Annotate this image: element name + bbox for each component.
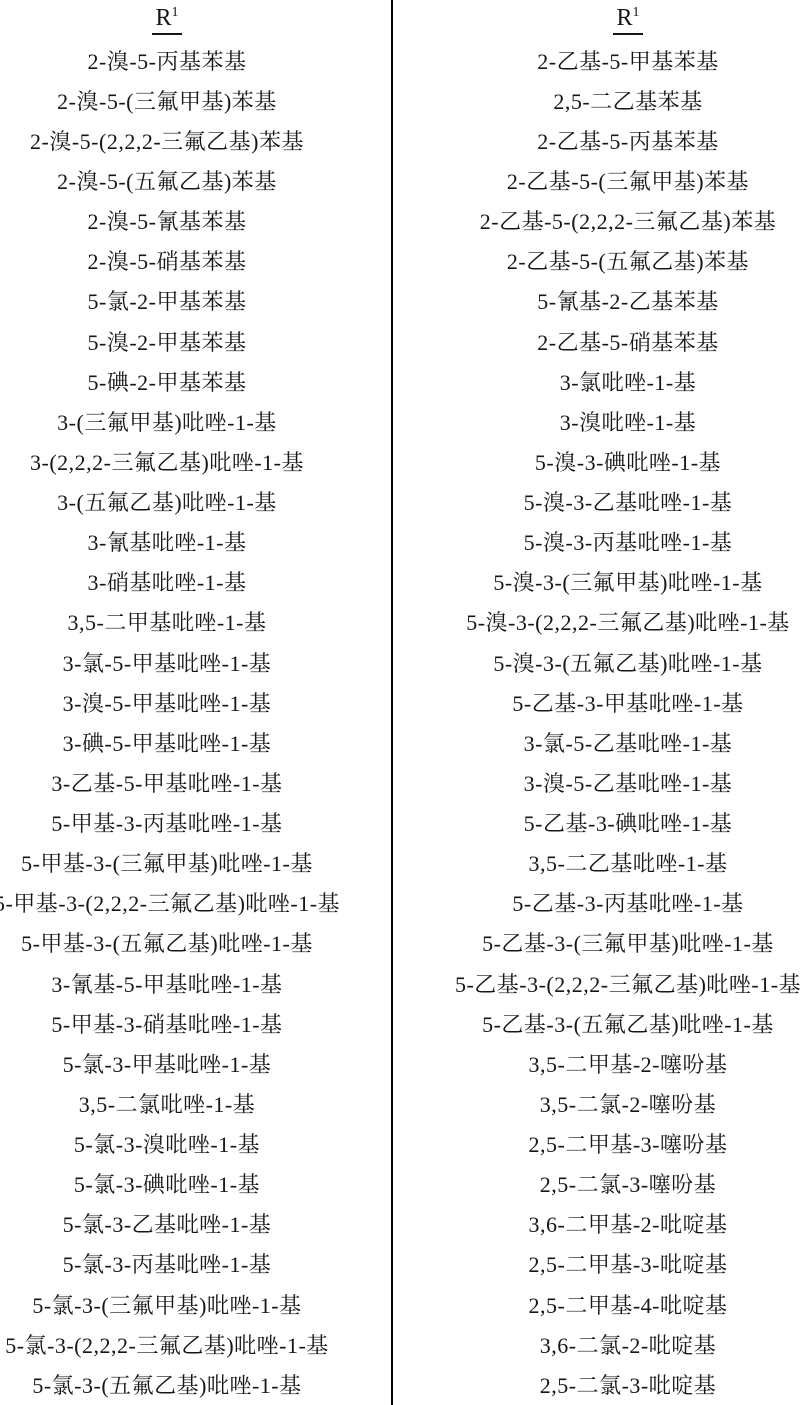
substituent-entry: 5-甲基-3-(五氟乙基)吡唑-1-基 xyxy=(0,923,334,963)
substituent-entry: 3,5-二甲基-2-噻吩基 xyxy=(458,1043,798,1083)
substituent-entry: 3,6-二甲基-2-吡啶基 xyxy=(458,1204,798,1244)
substituent-entry: 3-(五氟乙基)吡唑-1-基 xyxy=(0,482,334,522)
substituent-entry: 5-氯-3-(三氟甲基)吡唑-1-基 xyxy=(0,1284,334,1324)
substituent-entry: 3,6-二氯-2-吡啶基 xyxy=(458,1324,798,1364)
substituent-entry: 5-甲基-3-硝基吡唑-1-基 xyxy=(0,1003,334,1043)
r1-heading-superscript: 1 xyxy=(172,5,179,20)
substituent-entry: 3-(2,2,2-三氟乙基)吡唑-1-基 xyxy=(0,441,334,481)
substituent-entry: 2-溴-5-硝基苯基 xyxy=(0,241,334,281)
substituent-entry: 5-乙基-3-(五氟乙基)吡唑-1-基 xyxy=(458,1003,798,1043)
substituent-entry: 2,5-二甲基-3-吡啶基 xyxy=(458,1244,798,1284)
substituent-entry: 3-碘-5-甲基吡唑-1-基 xyxy=(0,722,334,762)
substituent-entry: 2,5-二甲基-3-噻吩基 xyxy=(458,1124,798,1164)
substituent-entry: 3,5-二氯吡唑-1-基 xyxy=(0,1083,334,1123)
substituent-entry: 5-乙基-3-碘吡唑-1-基 xyxy=(458,803,798,843)
substituent-entry: 3,5-二乙基吡唑-1-基 xyxy=(458,843,798,883)
substituent-entry: 5-氯-3-甲基吡唑-1-基 xyxy=(0,1043,334,1083)
substituent-entry: 3-溴-5-乙基吡唑-1-基 xyxy=(458,762,798,802)
column-divider-line xyxy=(391,0,393,1405)
r1-heading-superscript: 1 xyxy=(633,5,640,20)
r1-heading-left: R1 xyxy=(152,6,181,35)
substituent-entry: 3-氯吡唑-1-基 xyxy=(458,361,798,401)
substituent-entry: 5-氰基-2-乙基苯基 xyxy=(458,281,798,321)
substituent-entry: 3-溴吡唑-1-基 xyxy=(458,401,798,441)
substituent-entry: 2,5-二氯-3-噻吩基 xyxy=(458,1164,798,1204)
substituent-entry: 3-氰基-5-甲基吡唑-1-基 xyxy=(0,963,334,1003)
substituent-entry: 2,5-二乙基苯基 xyxy=(458,80,798,120)
substituent-entry: 2-溴-5-(五氟乙基)苯基 xyxy=(0,161,334,201)
substituent-entry: 2-乙基-5-(2,2,2-三氟乙基)苯基 xyxy=(458,201,798,241)
substituent-entry: 5-乙基-3-(三氟甲基)吡唑-1-基 xyxy=(458,923,798,963)
substituent-entry: 5-甲基-3-丙基吡唑-1-基 xyxy=(0,803,334,843)
substituent-entry: 5-溴-3-碘吡唑-1-基 xyxy=(458,441,798,481)
substituent-entry: 2-溴-5-(三氟甲基)苯基 xyxy=(0,80,334,120)
substituent-entry: 3-氯-5-甲基吡唑-1-基 xyxy=(0,642,334,682)
substituent-entry: 5-碘-2-甲基苯基 xyxy=(0,361,334,401)
substituent-entry: 5-溴-2-甲基苯基 xyxy=(0,321,334,361)
substituent-entry: 5-乙基-3-丙基吡唑-1-基 xyxy=(458,883,798,923)
substituent-entry: 5-氯-3-(五氟乙基)吡唑-1-基 xyxy=(0,1364,334,1404)
substituent-entry: 5-氯-3-乙基吡唑-1-基 xyxy=(0,1204,334,1244)
substituent-entry: 5-氯-3-(2,2,2-三氟乙基)吡唑-1-基 xyxy=(0,1324,334,1364)
substituent-entry: 3-氯-5-乙基吡唑-1-基 xyxy=(458,722,798,762)
substituent-entry: 5-甲基-3-(三氟甲基)吡唑-1-基 xyxy=(0,843,334,883)
r1-heading-base: R xyxy=(616,5,632,31)
substituent-entry: 2,5-二甲基-4-吡啶基 xyxy=(458,1284,798,1324)
substituent-entry: 2-溴-5-丙基苯基 xyxy=(0,40,334,80)
substituent-column-left: R1 2-溴-5-丙基苯基2-溴-5-(三氟甲基)苯基2-溴-5-(2,2,2-… xyxy=(0,0,334,1404)
substituent-entry: 2,5-二氯-3-吡啶基 xyxy=(458,1364,798,1404)
substituent-entry: 5-溴-3-丙基吡唑-1-基 xyxy=(458,522,798,562)
substituent-column-right: R1 2-乙基-5-甲基苯基2,5-二乙基苯基2-乙基-5-丙基苯基2-乙基-5… xyxy=(458,0,798,1404)
substituent-entry: 3,5-二氯-2-噻吩基 xyxy=(458,1083,798,1123)
substituent-entry: 5-氯-3-碘吡唑-1-基 xyxy=(0,1164,334,1204)
substituent-entry: 2-溴-5-氰基苯基 xyxy=(0,201,334,241)
substituent-entry: 5-乙基-3-(2,2,2-三氟乙基)吡唑-1-基 xyxy=(458,963,798,1003)
substituent-entry: 5-溴-3-(三氟甲基)吡唑-1-基 xyxy=(458,562,798,602)
substituent-entry: 3-氰基吡唑-1-基 xyxy=(0,522,334,562)
substituent-entry: 2-乙基-5-(三氟甲基)苯基 xyxy=(458,161,798,201)
substituent-entry: 3,5-二甲基吡唑-1-基 xyxy=(0,602,334,642)
substituent-entry: 5-氯-3-溴吡唑-1-基 xyxy=(0,1124,334,1164)
substituent-entry: 5-溴-3-(2,2,2-三氟乙基)吡唑-1-基 xyxy=(458,602,798,642)
r1-heading-base: R xyxy=(155,5,171,31)
substituent-entry: 3-乙基-5-甲基吡唑-1-基 xyxy=(0,762,334,802)
substituent-entry: 3-硝基吡唑-1-基 xyxy=(0,562,334,602)
substituent-entry: 2-乙基-5-硝基苯基 xyxy=(458,321,798,361)
column-header-right: R1 xyxy=(458,0,798,40)
substituent-entry: 2-乙基-5-(五氟乙基)苯基 xyxy=(458,241,798,281)
substituent-entry: 2-乙基-5-甲基苯基 xyxy=(458,40,798,80)
column-header-left: R1 xyxy=(0,0,334,40)
substituent-entry: 2-乙基-5-丙基苯基 xyxy=(458,120,798,160)
substituent-entry: 5-乙基-3-甲基吡唑-1-基 xyxy=(458,682,798,722)
r1-heading-right: R1 xyxy=(613,6,642,35)
substituent-entry: 5-溴-3-(五氟乙基)吡唑-1-基 xyxy=(458,642,798,682)
substituent-entry: 5-氯-3-丙基吡唑-1-基 xyxy=(0,1244,334,1284)
patent-substituent-table-page: R1 2-溴-5-丙基苯基2-溴-5-(三氟甲基)苯基2-溴-5-(2,2,2-… xyxy=(0,0,800,1405)
substituent-entry: 3-(三氟甲基)吡唑-1-基 xyxy=(0,401,334,441)
substituent-entry: 2-溴-5-(2,2,2-三氟乙基)苯基 xyxy=(0,120,334,160)
substituent-entry: 5-溴-3-乙基吡唑-1-基 xyxy=(458,482,798,522)
substituent-entry: 3-溴-5-甲基吡唑-1-基 xyxy=(0,682,334,722)
substituent-entry: 5-甲基-3-(2,2,2-三氟乙基)吡唑-1-基 xyxy=(0,883,334,923)
substituent-entry: 5-氯-2-甲基苯基 xyxy=(0,281,334,321)
